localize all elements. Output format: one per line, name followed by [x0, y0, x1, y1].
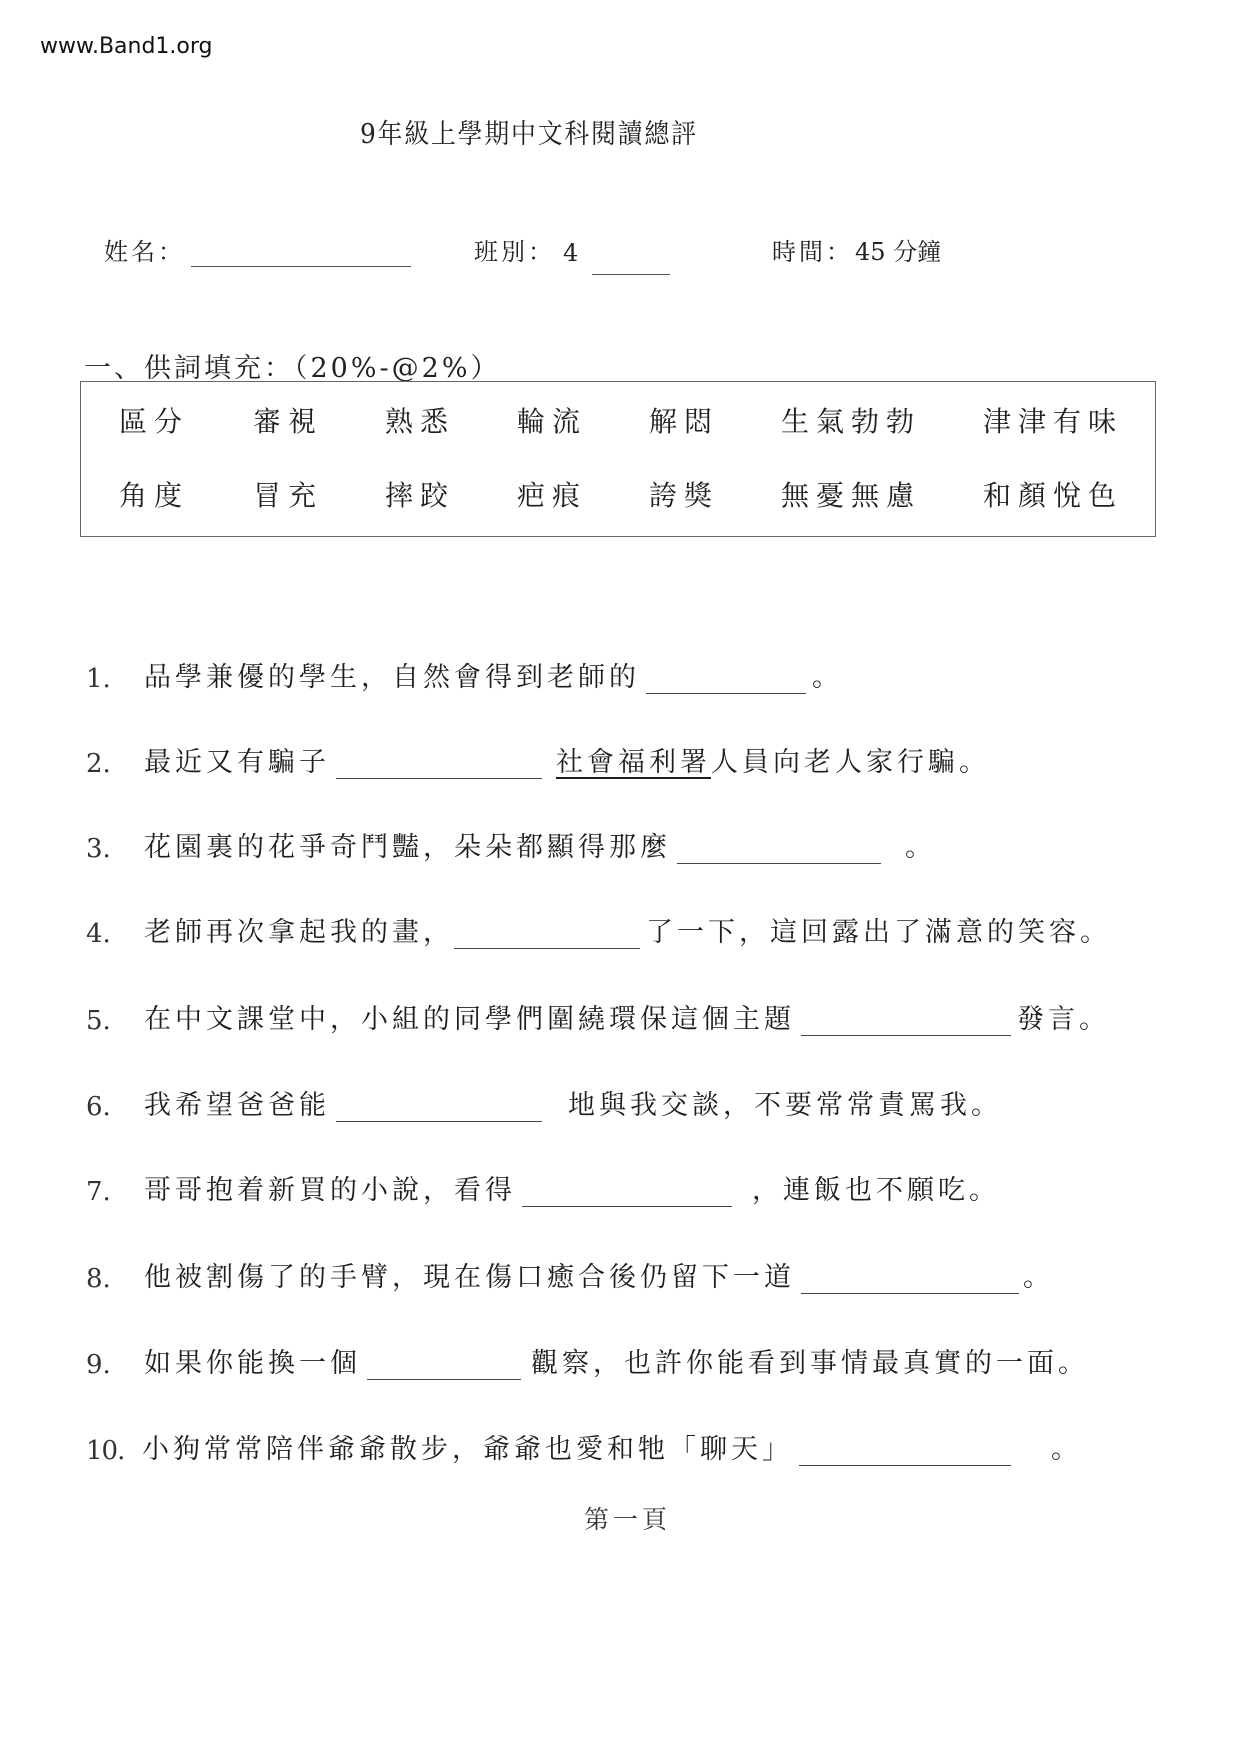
word-bank-item: 熟悉 [385, 400, 455, 440]
question-text-after: 觀察，也許你能看到事情最真實的一面。 [531, 1341, 1089, 1380]
answer-blank[interactable] [336, 748, 542, 779]
answer-blank[interactable] [799, 1435, 1011, 1466]
question-number: 10. [86, 1436, 142, 1466]
word-bank-item: 角度 [119, 474, 189, 514]
answer-blank[interactable] [801, 1005, 1011, 1036]
word-bank-item: 誇獎 [649, 474, 719, 514]
answer-blank[interactable] [336, 1091, 542, 1122]
time-label: 時間： [772, 232, 853, 267]
question-text-after: 發言。 [1017, 997, 1110, 1036]
question-text-after: 人員向老人家行騙。 [711, 740, 990, 779]
question-text-after: 。 [905, 825, 936, 864]
section-heading: 一、供詞填充：（20%-@2%） [84, 346, 500, 385]
answer-blank[interactable] [367, 1349, 521, 1380]
word-bank-item: 疤痕 [517, 474, 587, 514]
answer-blank[interactable] [677, 833, 881, 864]
question-text-after: 了一下，這回露出了滿意的笑容。 [646, 910, 1111, 949]
question-number: 3. [86, 834, 144, 864]
question-number: 5. [86, 1006, 144, 1036]
question-text-before: 老師再次拿起我的畫， [144, 910, 454, 949]
word-bank-item: 和顏悅色 [983, 474, 1123, 514]
class-field-group: 班別： 4 [474, 232, 670, 267]
question-number: 8. [86, 1264, 144, 1294]
word-bank-item: 摔跤 [385, 474, 455, 514]
question-item: 7. 哥哥抱着新買的小說，看得 ，連飯也不願吃。 [86, 1163, 1000, 1207]
answer-blank[interactable] [801, 1263, 1019, 1294]
question-text-before: 花園裏的花爭奇鬥豔，朵朵都顯得那麼 [144, 825, 671, 864]
class-blank[interactable] [592, 248, 670, 275]
question-item: 5. 在中文課堂中，小組的同學們圍繞環保這個主題 發言。 [86, 992, 1110, 1036]
answer-blank[interactable] [522, 1176, 732, 1207]
word-bank-item: 冒充 [253, 474, 323, 514]
page-number: 第一頁 [584, 1500, 671, 1536]
question-text-after: ，連飯也不願吃。 [752, 1168, 1000, 1207]
question-number: 7. [86, 1177, 144, 1207]
question-text-after: 地與我交談，不要常常責罵我。 [568, 1083, 1002, 1122]
exam-title: 9年級上學期中文科閱讀總評 [360, 112, 698, 151]
question-text-before: 小狗常常陪伴爺爺散步，爺爺也愛和牠「聊天」 [142, 1427, 793, 1466]
word-bank-row: 角度 冒充 摔跤 疤痕 誇獎 無憂無慮 和顏悅色 [81, 474, 1155, 514]
question-text-before: 在中文課堂中，小組的同學們圍繞環保這個主題 [144, 997, 795, 1036]
question-text-after: 。 [1023, 1255, 1054, 1294]
class-value: 4 [563, 239, 578, 267]
question-text-after: 。 [812, 655, 843, 694]
question-number: 4. [86, 919, 144, 949]
question-text-before: 他被割傷了的手臂，現在傷口癒合後仍留下一道 [144, 1255, 795, 1294]
student-info-row: 姓名： 班別： 4 時間： 45 分鐘 [104, 232, 1104, 272]
answer-blank[interactable] [454, 918, 640, 949]
question-number: 6. [86, 1092, 144, 1122]
class-label: 班別： [474, 232, 555, 267]
name-blank[interactable] [191, 240, 411, 267]
question-item: 6. 我希望爸爸能 地與我交談，不要常常責罵我。 [86, 1078, 1002, 1122]
question-text-before: 哥哥抱着新買的小說，看得 [144, 1168, 516, 1207]
question-item: 1. 品學兼優的學生，自然會得到老師的 。 [86, 650, 843, 694]
word-bank-row: 區分 審視 熟悉 輪流 解悶 生氣勃勃 津津有味 [81, 400, 1155, 440]
time-value: 45 分鐘 [855, 232, 941, 267]
question-number: 9. [86, 1350, 144, 1380]
word-bank-item: 津津有味 [983, 400, 1123, 440]
question-item: 2. 最近又有騙子 社會福利署 人員向老人家行騙。 [86, 735, 990, 779]
time-field-group: 時間： 45 分鐘 [772, 232, 941, 267]
word-bank-item: 區分 [119, 400, 189, 440]
word-bank-item: 解悶 [649, 400, 719, 440]
question-text-before: 品學兼優的學生，自然會得到老師的 [144, 655, 640, 694]
name-field-group: 姓名： [104, 232, 411, 267]
question-item: 3. 花園裏的花爭奇鬥豔，朵朵都顯得那麼 。 [86, 820, 936, 864]
word-bank-item: 輪流 [517, 400, 587, 440]
question-item: 10. 小狗常常陪伴爺爺散步，爺爺也愛和牠「聊天」 。 [86, 1422, 1082, 1466]
question-number: 2. [86, 749, 144, 779]
name-label: 姓名： [104, 232, 185, 267]
question-item: 9. 如果你能換一個 觀察，也許你能看到事情最真實的一面。 [86, 1336, 1089, 1380]
word-bank-item: 審視 [253, 400, 323, 440]
question-text-before: 如果你能換一個 [144, 1341, 361, 1380]
question-item: 8. 他被割傷了的手臂，現在傷口癒合後仍留下一道 。 [86, 1250, 1054, 1294]
underlined-term: 社會福利署 [556, 740, 711, 779]
answer-blank[interactable] [646, 663, 806, 694]
question-text-before: 最近又有騙子 [144, 740, 330, 779]
question-text-after: 。 [1051, 1427, 1082, 1466]
word-bank-box: 區分 審視 熟悉 輪流 解悶 生氣勃勃 津津有味 角度 冒充 摔跤 疤痕 誇獎 … [80, 381, 1156, 537]
question-text-before: 我希望爸爸能 [144, 1083, 330, 1122]
question-item: 4. 老師再次拿起我的畫， 了一下，這回露出了滿意的笑容。 [86, 905, 1111, 949]
word-bank-item: 無憂無慮 [781, 474, 921, 514]
question-number: 1. [86, 664, 144, 694]
word-bank-item: 生氣勃勃 [781, 400, 921, 440]
site-watermark: www.Band1.org [40, 34, 213, 59]
